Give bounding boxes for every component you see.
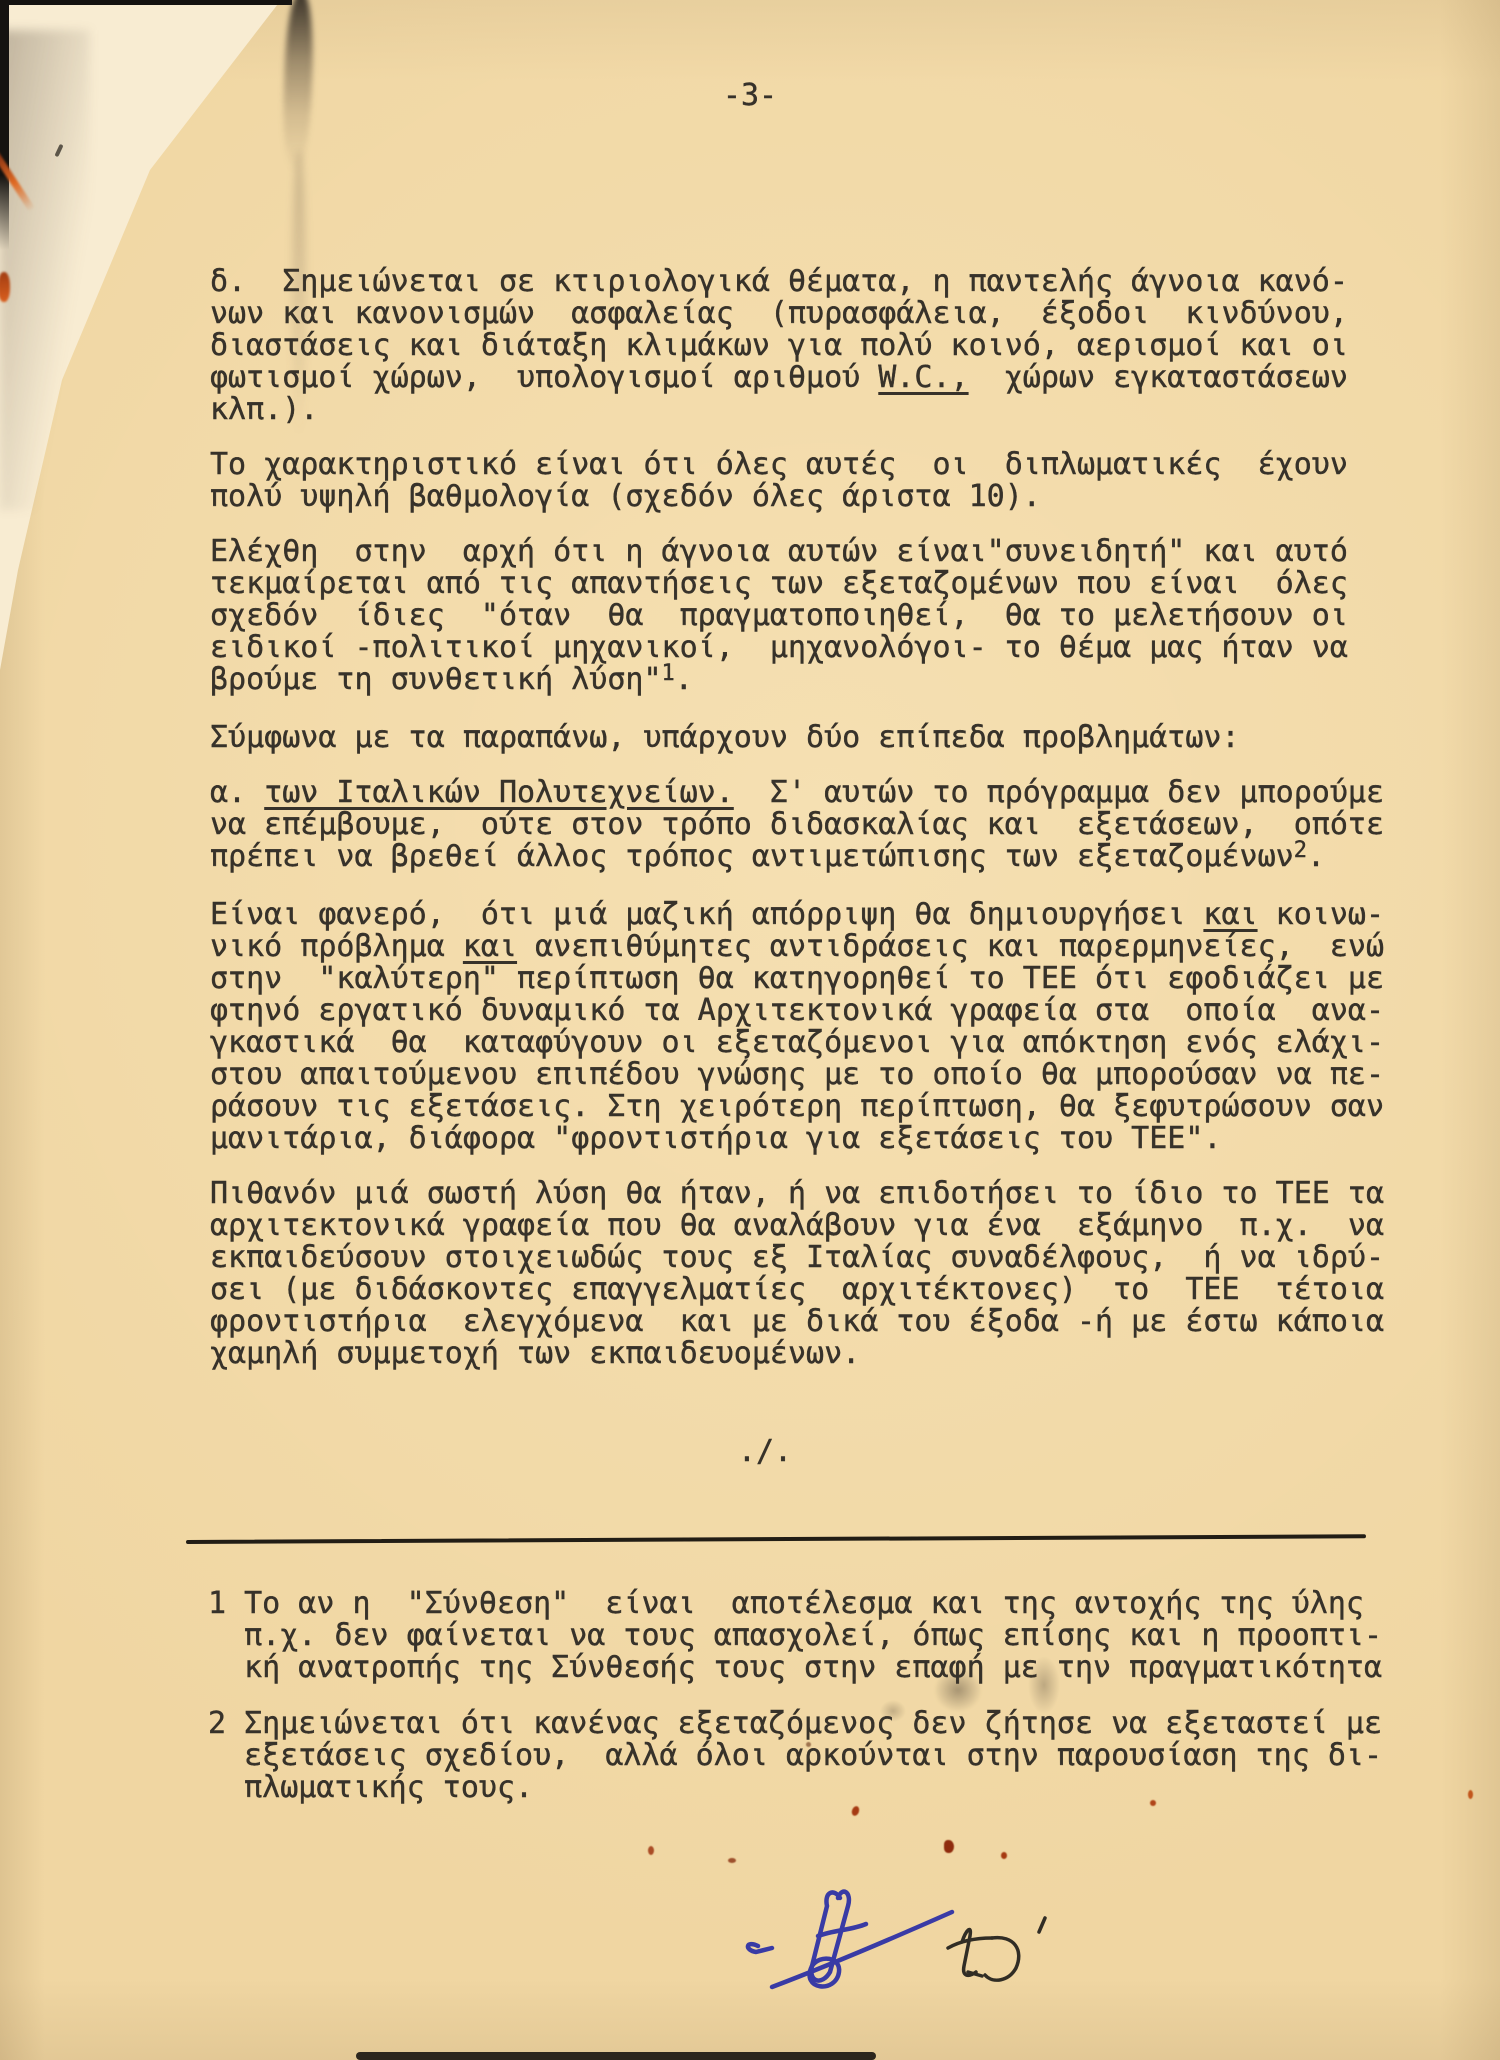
text-line: Σύμφωνα με τα παραπάνω, υπάρχουν δύο επί…	[210, 722, 1384, 754]
text-line: σχεδόν ίδιες "όταν θα πραγματοποιηθεί, θ…	[210, 600, 1384, 632]
text-line: π.χ. δεν φαίνεται να τους απασχολεί, όπω…	[208, 1620, 1382, 1652]
document-body: δ. Σημειώνεται σε κτιριολογικά θέματα, η…	[210, 266, 1384, 1393]
text-line: 2 Σημειώνεται ότι κανένας εξεταζόμενος δ…	[208, 1708, 1382, 1740]
footnote: 2 Σημειώνεται ότι κανένας εξεταζόμενος δ…	[208, 1708, 1382, 1804]
stain-speck	[1001, 1852, 1007, 1859]
text-line: ειδικοί -πολιτικοί μηχανικοί, μηχανολόγο…	[210, 632, 1384, 664]
text-line: να επέμβουμε, ούτε στον τρόπο διδασκαλία…	[210, 809, 1384, 841]
paragraph: Ελέχθη στην αρχή ότι η άγνοια αυτών είνα…	[210, 536, 1384, 699]
text-line: Είναι φανερό, ότι μιά μαζική απόρριψη θα…	[210, 899, 1384, 931]
stain-speck	[648, 1846, 654, 1855]
footnote-separator-rule	[186, 1534, 1366, 1543]
paragraph: Σύμφωνα με τα παραπάνω, υπάρχουν δύο επί…	[210, 722, 1384, 754]
text-line: μανιτάρια, διάφορα "φροντιστήρια για εξε…	[210, 1123, 1384, 1155]
footnote: 1 Το αν η "Σύνθεση" είναι αποτέλεσμα και…	[208, 1588, 1382, 1684]
paragraph: δ. Σημειώνεται σε κτιριολογικά θέματα, η…	[210, 266, 1384, 426]
text-line: 1 Το αν η "Σύνθεση" είναι αποτέλεσμα και…	[208, 1588, 1382, 1620]
text-line: Ελέχθη στην αρχή ότι η άγνοια αυτών είνα…	[210, 536, 1384, 568]
footnotes: 1 Το αν η "Σύνθεση" είναι αποτέλεσμα και…	[208, 1588, 1382, 1828]
text-line: δ. Σημειώνεται σε κτιριολογικά θέματα, η…	[210, 266, 1384, 298]
text-line: στου απαιτούμενου επιπέδου γνώσης με το …	[210, 1059, 1384, 1091]
stain-speck	[1468, 1790, 1473, 1799]
scan-edge-left	[0, 0, 9, 250]
text-line: φροντιστήρια ελεγχόμενα και με δικά του …	[210, 1306, 1384, 1338]
paragraph: Είναι φανερό, ότι μιά μαζική απόρριψη θα…	[210, 899, 1384, 1155]
red-crease-mark	[0, 272, 10, 302]
text-line: νων και κανονισμών ασφαλείας (πυρασφάλει…	[210, 298, 1384, 330]
text-line: χαμηλή συμμετοχή των εκπαιδευομένων.	[210, 1338, 1384, 1370]
continuation-mark: ./.	[710, 1436, 820, 1468]
paragraph: α. των Ιταλικών Πολυτεχνείων. Σ' αυτών τ…	[210, 777, 1384, 876]
document-page: -3- δ. Σημειώνεται σε κτιριολογικά θέματ…	[0, 0, 1500, 2060]
text-line: κλπ.).	[210, 394, 1384, 426]
stain-speck	[944, 1840, 954, 1853]
scan-edge-top	[0, 0, 292, 5]
text-line: κή ανατροπής της Σύνθεσής τους στην επαφ…	[208, 1652, 1382, 1684]
signature-ink	[700, 1880, 1150, 2060]
text-line: πλωματικής τους.	[208, 1772, 1382, 1804]
text-line: στην "καλύτερη" περίπτωση θα κατηγορηθεί…	[210, 963, 1384, 995]
text-line: εξετάσεις σχεδίου, αλλά όλοι αρκούνται σ…	[208, 1740, 1382, 1772]
text-line: νικό πρόβλημα και ανεπιθύμητες αντιδράσε…	[210, 931, 1384, 963]
text-line: εκπαιδεύσουν στοιχειωδώς τους εξ Ιταλίας…	[210, 1242, 1384, 1274]
paragraph: Πιθανόν μιά σωστή λύση θα ήταν, ή να επι…	[210, 1178, 1384, 1370]
text-line: ράσουν τις εξετάσεις. Στη χειρότερη περί…	[210, 1091, 1384, 1123]
text-line: Το χαρακτηριστικό είναι ότι όλες αυτές ο…	[210, 449, 1384, 481]
text-line: διαστάσεις και διάταξη κλιμάκων για πολύ…	[210, 330, 1384, 362]
stain-speck	[728, 1858, 736, 1863]
text-line: αρχιτεκτονικά γραφεία που θα αναλάβουν γ…	[210, 1210, 1384, 1242]
text-line: τεκμαίρεται από τις απαντήσεις των εξετα…	[210, 568, 1384, 600]
text-line: Πιθανόν μιά σωστή λύση θα ήταν, ή να επι…	[210, 1178, 1384, 1210]
text-line: φτηνό εργατικό δυναμικό τα Αρχιτεκτονικά…	[210, 995, 1384, 1027]
text-line: φωτισμοί χώρων, υπολογισμοί αριθμού W.C.…	[210, 362, 1384, 394]
text-line: πολύ υψηλή βαθμολογία (σχεδόν όλες άριστ…	[210, 481, 1384, 513]
text-line: α. των Ιταλικών Πολυτεχνείων. Σ' αυτών τ…	[210, 777, 1384, 809]
text-line: βρούμε τη συνθετική λύση"1.	[210, 664, 1384, 699]
paragraph: Το χαρακτηριστικό είναι ότι όλες αυτές ο…	[210, 449, 1384, 513]
page-number: -3-	[0, 80, 1500, 112]
text-line: σει (με διδάσκοντες επαγγελματίες αρχιτέ…	[210, 1274, 1384, 1306]
text-line: πρέπει να βρεθεί άλλος τρόπος αντιμετώπι…	[210, 841, 1384, 876]
text-line: γκαστικά θα καταφύγουν οι εξεταζόμενοι γ…	[210, 1027, 1384, 1059]
